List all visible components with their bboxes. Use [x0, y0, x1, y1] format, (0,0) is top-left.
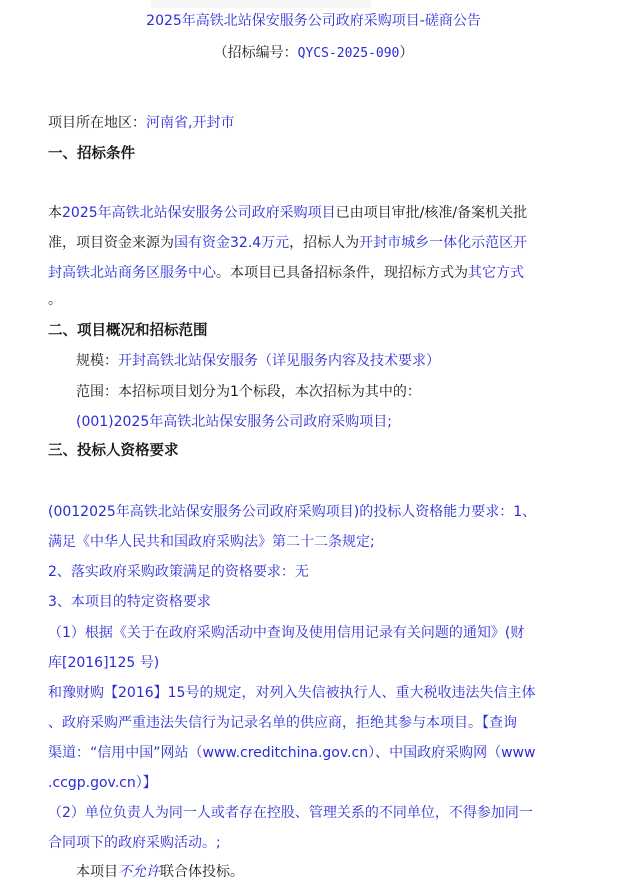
section1-heading: 一、招标条件: [48, 144, 135, 164]
lot-line: (001)2025年高铁北站保安服务公司政府采购项目;: [76, 412, 392, 432]
section1-line4: 。: [48, 290, 62, 310]
qualification-line: (0012025年高铁北站保安服务公司政府采购项目)的投标人资格能力要求：1、: [48, 502, 536, 522]
text-span: 联合体投标。: [160, 864, 244, 880]
bid-number-value: QYCS-2025-090: [298, 46, 400, 61]
scale-label: 规模：: [76, 353, 118, 369]
consortium-line: 本项目不允许联合体投标。: [76, 862, 244, 882]
fund-source: 国有资金32.4万元: [174, 235, 289, 251]
scope-line: 范围：本招标项目划分为1个标段，本次招标为其中的：: [76, 382, 421, 402]
section3-heading: 三、投标人资格要求: [48, 441, 179, 461]
qualification-line: 2、落实政府采购政策满足的资格要求：无: [48, 562, 309, 582]
text-span: 准，项目资金来源为: [48, 235, 174, 251]
top-band: [151, 0, 371, 8]
qualification-line: 合同项下的政府采购活动。;: [48, 833, 221, 853]
project-name: 2025年高铁北站保安服务公司政府采购项目: [62, 205, 336, 221]
qualification-line: 、政府采购严重违法失信行为记录名单的供应商，拒绝其参与本项目。【查询: [48, 713, 517, 733]
qualification-line: 3、本项目的特定资格要求: [48, 592, 211, 612]
qualification-line: .ccgp.gov.cn）】: [48, 773, 157, 793]
text-span: 。本项目已具备招标条件，现招标方式为: [216, 265, 468, 281]
text-span: 本: [48, 205, 62, 221]
text-span: ，招标人为: [289, 235, 359, 251]
document-title: 2025年高铁北站保安服务公司政府采购项目-磋商公告: [0, 11, 627, 31]
region-value: 河南省,开封市: [146, 115, 234, 131]
tenderer-name: 开封市城乡一体化示范区开: [359, 235, 527, 251]
scale-value: 开封高铁北站保安服务（详见服务内容及技术要求）: [118, 353, 440, 369]
section1-line3: 封高铁北站商务区服务中心。本项目已具备招标条件，现招标方式为其它方式: [48, 263, 524, 283]
section1-line2: 准，项目资金来源为国有资金32.4万元，招标人为开封市城乡一体化示范区开: [48, 233, 527, 253]
region-label: 项目所在地区：: [48, 115, 146, 131]
consortium-status: 不允许: [118, 864, 160, 880]
qualification-line: 满足《中华人民共和国政府采购法》第二十二条规定;: [48, 532, 375, 552]
text-span: 本项目: [76, 864, 118, 880]
qualification-line: 和豫财购【2016】15号的规定，对列入失信被执行人、重大税收违法失信主体: [48, 683, 535, 703]
bid-number-suffix: ）: [399, 45, 413, 61]
bid-number-prefix: （招标编号：: [214, 45, 298, 61]
scale-line: 规模：开封高铁北站保安服务（详见服务内容及技术要求）: [76, 351, 440, 371]
project-region: 项目所在地区：河南省,开封市: [48, 113, 234, 133]
qualification-line: （1）根据《关于在政府采购活动中查询及使用信用记录有关问题的通知》(财: [48, 623, 524, 643]
tenderer-name: 封高铁北站商务区服务中心: [48, 265, 216, 281]
qualification-line: 渠道：“信用中国”网站（www.creditchina.gov.cn）、中国政府…: [48, 743, 535, 763]
bid-number: （招标编号：QYCS-2025-090）: [0, 43, 627, 64]
section1-line1: 本2025年高铁北站保安服务公司政府采购项目已由项目审批/核准/备案机关批: [48, 203, 527, 223]
section2-heading: 二、项目概况和招标范围: [48, 321, 208, 341]
text-span: 已由项目审批/核准/备案机关批: [336, 205, 527, 221]
tender-method: 其它方式: [468, 265, 524, 281]
qualification-line: （2）单位负责人为同一人或者存在控股、管理关系的不同单位，不得参加同一: [48, 803, 533, 823]
qualification-line: 库[2016]125 号): [48, 653, 159, 673]
